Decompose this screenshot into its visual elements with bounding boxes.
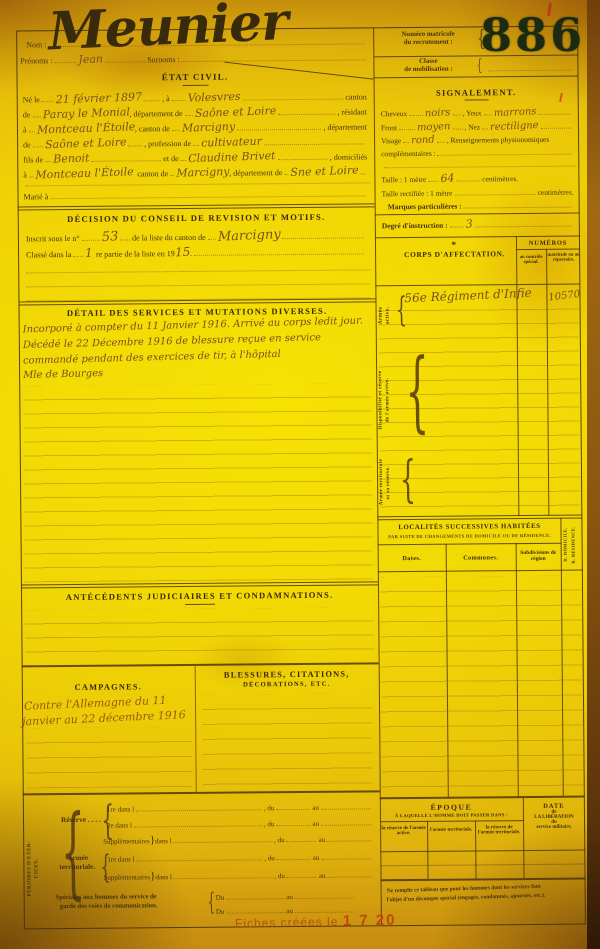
dotted-line [295, 890, 354, 900]
prenoms-label: Prénoms : [20, 57, 52, 66]
visage-label: Visage [381, 137, 401, 145]
nez-label: , Nez [464, 123, 480, 131]
periode-row-territoriale-suppl: Supplémentaires } dans l , du au [103, 868, 373, 883]
dotted-line [172, 122, 180, 131]
dotted-line [287, 833, 317, 842]
centimetres-label: centimètres. [538, 189, 574, 198]
speciales-label-line2: garde des voies de communication. [60, 902, 158, 910]
dotted-line [120, 231, 130, 240]
services-entry-line-4: Mle de Bourges [23, 369, 103, 381]
dotted-line [321, 816, 371, 825]
du-label: Du [216, 895, 225, 903]
signalement-row-marques: Marques particulières : [388, 199, 574, 212]
instruction-label: Degré d'instruction : [382, 222, 448, 231]
hand-segment: 53 [101, 230, 118, 244]
dotted-line [383, 158, 575, 169]
dans-l-label: dans l [155, 838, 172, 846]
surnoms-label: Surnoms : [147, 56, 180, 65]
hand-segment: Montceau l'Étoile [36, 121, 135, 135]
periode-row-territoriale-1: 1re dans l , du au [107, 850, 373, 864]
matricule-col-header: matricule ou au répertoire. [547, 253, 580, 263]
dotted-line [277, 851, 311, 860]
ruled-area [23, 383, 373, 582]
date-line5: service militaire. [525, 825, 583, 831]
dotted-line [170, 167, 174, 176]
print-segment: , canton de [135, 125, 170, 134]
dotted-line [172, 92, 186, 101]
cheveux-value: noirs [425, 108, 451, 119]
dotted-line [91, 152, 161, 162]
hand-segment: Marcigny [182, 121, 235, 134]
dotted-line [136, 801, 262, 811]
hand-segment: 1 [85, 247, 93, 259]
dotted-line [185, 107, 193, 116]
dotted-line [28, 123, 34, 132]
dotted-line [437, 134, 445, 143]
corps-group2-brace: { [405, 347, 429, 435]
residence-col-header: R. RÉSIDENCE. [571, 522, 576, 568]
epoque-col1-header: la réserve de l'armée active. [381, 826, 426, 836]
dotted-line [33, 138, 43, 147]
marie-label: Marié à [24, 193, 49, 202]
corps-group3-label-line2: et sa réserve. [386, 451, 392, 513]
territoriale-group-label-line1: Armée [67, 854, 88, 862]
dotted-line [482, 120, 488, 129]
print-segment: , à [162, 95, 170, 104]
du-label: , du [264, 855, 275, 863]
taille-label: Taille : 1 mètre [381, 176, 426, 185]
signalement-row-front: Front moyen , Nez rectiligne [381, 120, 573, 134]
numeros-title: NUMÉROS [516, 240, 580, 248]
corps-group3-brace: { [400, 454, 416, 504]
periode-row-reserve-suppl: Supplémentaires } dans l , du au [103, 832, 373, 847]
ruled-area [380, 576, 585, 796]
hand-segment: 21 février 1897 [56, 91, 143, 105]
signalement-row-taille: Taille : 1 mètre 64 centimètres. [381, 172, 573, 185]
dotted-line [538, 106, 571, 115]
dotted-line [264, 135, 365, 145]
dotted-line [453, 107, 461, 116]
ruled-area [202, 693, 373, 786]
au-label: au [319, 837, 326, 845]
dotted-line [105, 53, 145, 62]
dotted-line [452, 121, 462, 130]
dotted-line [193, 137, 199, 146]
marques-label: Marques particulières : [388, 203, 462, 212]
dotted-line [456, 172, 480, 181]
du-label: , du [264, 821, 275, 829]
ruled-area [25, 607, 373, 662]
form-card: Meunier Nom : Prénoms : Jean Surnoms : N… [0, 0, 600, 949]
dotted-line [181, 152, 187, 161]
row-label: Supplémentaires [103, 874, 150, 882]
dotted-line [226, 904, 284, 914]
dotted-line [82, 232, 100, 241]
signalement-row-complementaires: complémentaires : [381, 146, 573, 159]
dotted-line [237, 121, 322, 131]
print-segment: et de [163, 155, 178, 164]
dotted-line [134, 817, 262, 827]
territoriale-group-label-line2: territoriale. [59, 863, 95, 871]
instruction-row: Degré d'instruction : 3 [382, 218, 574, 231]
dotted-line [361, 165, 366, 174]
taille-value: 64 [440, 172, 455, 184]
dotted-line [128, 137, 142, 146]
hand-segment: Paray le Monial [42, 106, 129, 120]
corps-group2-label-line1: Disponibilité et réserve [378, 344, 385, 456]
print-segment: , résidant [337, 108, 366, 117]
dotted-line [55, 54, 77, 63]
print-segment: Inscrit sous le n° [26, 235, 80, 244]
stamp-prefix: Fiches créées le [235, 915, 339, 931]
print-segment: , domiciliés [330, 153, 367, 162]
dotted-line [321, 850, 371, 859]
renseignements-label: , Renseignements physionomiques [447, 136, 550, 145]
print-segment: fils de [23, 156, 43, 165]
periode-row-speciales-1: Du au [216, 890, 356, 903]
front-label: Front [381, 124, 397, 132]
taille-rectifiee-label: Taille rectifiée : 1 mètre [382, 190, 453, 199]
print-segment: Classé dans la [26, 251, 71, 260]
dotted-line [45, 153, 51, 162]
print-segment: Né le [23, 96, 40, 105]
dotted-line [50, 187, 365, 199]
creation-stamp: Fiches créées le 1 7 20 [235, 912, 397, 933]
complementaires-label: complémentaires : [381, 150, 435, 159]
ruled-area [26, 727, 192, 788]
dotted-line [282, 229, 364, 239]
dotted-line [278, 106, 336, 116]
signalement-row-taille-rectifiee: Taille rectifiée : 1 mètre centimètres. [381, 186, 573, 199]
controle-col-header: au contrôle spécial. [517, 255, 545, 265]
signalement-title: SIGNALEMENT. [374, 87, 579, 99]
corps-group2-label-line2: de l'armée active. [385, 344, 392, 456]
classe-brace: { [476, 57, 482, 73]
dotted-line [73, 248, 83, 257]
dotted-line [182, 51, 367, 62]
dotted-line [194, 245, 364, 255]
hand-segment: cultivateur [201, 136, 262, 149]
classe-label: Classe de mobilisation : [384, 57, 472, 73]
front-value: moyen [417, 122, 451, 133]
dans-l-label: dans l [155, 874, 172, 882]
au-label: au [312, 805, 319, 813]
au-label: au [313, 855, 320, 863]
domicile-col-header: D. DOMICILE. [563, 522, 568, 568]
print-segment: de la liste du canton de [132, 234, 206, 244]
hand-segment: Saône et Loire [194, 105, 276, 119]
print-segment: à [23, 126, 27, 135]
corps-group3-label-line1: Armée territoriale [379, 451, 385, 513]
dotted-line [327, 832, 371, 841]
row-label: 1re dans l [107, 856, 134, 864]
periode-row-reserve-1: 1re dans l , du au [107, 800, 373, 814]
dotted-line [276, 817, 310, 826]
dotted-line [174, 869, 272, 879]
du-label: Du [216, 909, 225, 917]
dotted-line [174, 833, 272, 843]
nom-label: Nom : [26, 41, 46, 50]
dotted-line [48, 35, 364, 47]
print-segment: de [23, 111, 31, 120]
dotted-line [42, 93, 54, 102]
hand-segment: Marcigny [217, 228, 280, 244]
scanned-military-record-page: Meunier Nom : Prénoms : Jean Surnoms : N… [0, 0, 600, 949]
speciales-label-line1: Spéciales aux hommes du service de [56, 893, 157, 901]
signalement-row-visage: Visage rond , Renseignements physionomiq… [381, 133, 573, 147]
title-dash [465, 99, 489, 100]
corps-group1-brace: { [396, 293, 407, 327]
dotted-line [464, 199, 572, 209]
prenoms-value: Jean [78, 53, 103, 65]
dotted-line [541, 120, 571, 129]
du-label: , du [274, 837, 285, 845]
row-label: 1re dans l [107, 806, 134, 814]
dotted-line [399, 121, 415, 130]
periode-row-reserve-2: 2e dans l , du au [107, 816, 373, 830]
du-label: , du [264, 805, 275, 813]
dotted-line [327, 868, 371, 877]
hand-segment: Benoit [53, 152, 90, 164]
visage-value: rond [411, 135, 435, 146]
classe-label-line2: de mobilisation : [384, 65, 472, 73]
dotted-line [276, 801, 310, 810]
au-label: au [312, 821, 319, 829]
print-segment: , département [323, 123, 367, 132]
row-label: Supplémentaires [103, 838, 150, 846]
dotted-line [208, 231, 216, 240]
du-label: , du [274, 873, 285, 881]
dotted-line [428, 173, 438, 182]
dotted-line [32, 108, 40, 117]
corps-title: CORPS D'AFFECTATION. [393, 249, 516, 259]
au-label: au [286, 894, 293, 902]
hand-segment: Volesvres [188, 91, 241, 104]
subdivisions-col-header: Subdivisions de région [517, 550, 560, 562]
reserve-group-label: Réserve . . . . [61, 816, 101, 825]
dotted-line [278, 151, 328, 160]
hand-segment: Claudine Brivet [188, 150, 276, 164]
matricule-label: Numéro matricule du recrutement : [384, 30, 472, 46]
title-dash [183, 85, 209, 86]
dotted-line [321, 800, 371, 809]
cheveux-label: Cheveux [381, 110, 407, 119]
dotted-line [226, 890, 284, 900]
dotted-line [137, 851, 263, 861]
dotted-line [243, 91, 344, 101]
print-segment: de [23, 141, 31, 150]
corps-group1-label-line2: active. [384, 295, 390, 335]
epoque-title: ÉPOQUE [380, 802, 523, 812]
communes-col-header: Communes. [448, 554, 514, 562]
epoque-col2-header: l'armée territoriale. [429, 828, 473, 833]
dotted-line [454, 186, 535, 196]
stamp-date: 1 7 20 [343, 912, 397, 930]
au-label: au [319, 873, 326, 881]
nez-value: rectiligne [490, 121, 539, 133]
dotted-line [483, 106, 491, 115]
dotted-line [403, 134, 409, 143]
matricule-label-line2: du recrutement : [384, 38, 472, 46]
print-segment: , département de [129, 110, 182, 119]
corps-group1-label-line1: Armée [377, 295, 383, 335]
dotted-line [284, 166, 288, 175]
dates-col-header: Dates. [380, 555, 444, 563]
yeux-value: marrons [493, 107, 536, 119]
print-segment: , profession de [144, 140, 191, 149]
dotted-line [488, 62, 572, 72]
dotted-line [29, 168, 33, 177]
dotted-line [449, 219, 463, 228]
speciales-brace: { [207, 890, 215, 914]
dotted-line [438, 146, 572, 156]
matricule-number-stamp: 886 [480, 8, 585, 62]
blessures-title-line1: BLESSURES, CITATIONS, [198, 669, 376, 680]
epoque-col3-header: la réserve de l'armée territoriale. [477, 825, 521, 835]
dotted-line [144, 92, 160, 101]
print-segment: re partie de la liste en 19 [96, 250, 175, 260]
periodes-side-label-line2: CICES. [34, 830, 40, 906]
instruction-value: 3 [465, 218, 473, 229]
hand-segment: 15 [174, 246, 190, 259]
date-liberation-header: DATE de LA LIBÉRATION du service militai… [525, 803, 583, 831]
dotted-line [409, 107, 423, 116]
print-segment: canton [345, 93, 366, 102]
row-label: 2e dans l [107, 822, 132, 830]
campagnes-title: CAMPAGNES. [26, 682, 191, 692]
yeux-label: , Yeux [463, 109, 482, 117]
centimetres-label: centimètres. [482, 175, 518, 184]
signalement-row-cheveux: Cheveux noirs , Yeux marrons [381, 106, 573, 120]
dotted-line [287, 869, 317, 878]
hand-segment: Saône et Loire [44, 136, 126, 150]
dotted-line [474, 218, 571, 228]
